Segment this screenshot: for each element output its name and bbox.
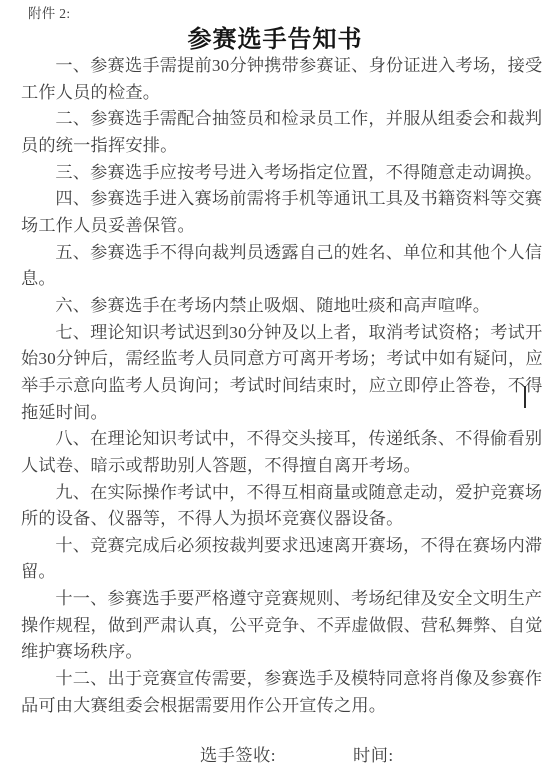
text-line: 三、参赛选手应按考号进入考场指定位置，不得随意走动调换。	[21, 160, 550, 187]
text-line: 九、在实际操作考试中，不得互相商量或随意走动，爱护竞赛场	[21, 480, 550, 507]
text-line: 拖延时间。	[21, 400, 550, 427]
text-line: 十一、参赛选手要严格遵守竞赛规则、考场纪律及安全文明生产	[21, 586, 550, 613]
text-line: 人试卷、暗示或帮助别人答题，不得擅自离开考场。	[21, 453, 550, 480]
text-line: 操作规程，做到严肃认真，公平竞争、不弄虚做假、营私舞弊、自觉	[21, 613, 550, 640]
text-line: 所的设备、仪器等，不得人为损坏竞赛仪器设备。	[21, 506, 550, 533]
paragraph: 一、参赛选手需提前30分钟携带参赛证、身份证进入考场，接受工作人员的检查。	[21, 53, 550, 106]
paragraph: 八、在理论知识考试中，不得交头接耳，传递纸条、不得偷看别人试卷、暗示或帮助别人答…	[21, 426, 550, 479]
signature-receipt-label: 选手签收:	[200, 741, 276, 766]
text-cursor	[524, 386, 526, 408]
text-line: 品可由大赛组委会根据需要用作公开宣传之用。	[21, 693, 550, 720]
text-line: 举手示意向监考人员询问；考试时间结束时，应立即停止答卷，不得	[21, 373, 550, 400]
document-title: 参赛选手告知书	[0, 19, 550, 54]
text-line: 始30分钟后，需经监考人员同意方可离开考场；考试中如有疑问，应	[21, 346, 550, 373]
paragraph: 二、参赛选手需配合抽签员和检录员工作，并服从组委会和裁判员的统一指挥安排。	[21, 106, 550, 159]
text-line: 十二、出于竞赛宣传需要，参赛选手及模特同意将肖像及参赛作	[21, 666, 550, 693]
paragraph: 四、参赛选手进入赛场前需将手机等通讯工具及书籍资料等交赛场工作人员妥善保管。	[21, 186, 550, 239]
text-line: 八、在理论知识考试中，不得交头接耳，传递纸条、不得偷看别	[21, 426, 550, 453]
document-body: 一、参赛选手需提前30分钟携带参赛证、身份证进入考场，接受工作人员的检查。二、参…	[21, 53, 550, 719]
text-line: 四、参赛选手进入赛场前需将手机等通讯工具及书籍资料等交赛	[21, 186, 550, 213]
text-line: 一、参赛选手需提前30分钟携带参赛证、身份证进入考场，接受	[21, 53, 550, 80]
text-line: 六、参赛选手在考场内禁止吸烟、随地吐痰和高声喧哗。	[21, 293, 550, 320]
text-line: 场工作人员妥善保管。	[21, 213, 550, 240]
text-line: 十、竞赛完成后必须按裁判要求迅速离开赛场，不得在赛场内滞	[21, 533, 550, 560]
text-line: 二、参赛选手需配合抽签员和检录员工作，并服从组委会和裁判	[21, 106, 550, 133]
signature-time-label: 时间:	[353, 741, 394, 766]
paragraph: 九、在实际操作考试中，不得互相商量或随意走动，爱护竞赛场所的设备、仪器等，不得人…	[21, 480, 550, 533]
paragraph: 十二、出于竞赛宣传需要，参赛选手及模特同意将肖像及参赛作品可由大赛组委会根据需要…	[21, 666, 550, 719]
text-line: 息。	[21, 266, 550, 293]
paragraph: 七、理论知识考试迟到30分钟及以上者，取消考试资格；考试开始30分钟后，需经监考…	[21, 320, 550, 427]
text-line: 工作人员的检查。	[21, 80, 550, 107]
text-line: 七、理论知识考试迟到30分钟及以上者，取消考试资格；考试开	[21, 320, 550, 347]
text-line: 留。	[21, 559, 550, 586]
text-line: 员的统一指挥安排。	[21, 133, 550, 160]
text-line: 五、参赛选手不得向裁判员透露自己的姓名、单位和其他个人信	[21, 240, 550, 267]
paragraph: 五、参赛选手不得向裁判员透露自己的姓名、单位和其他个人信息。	[21, 240, 550, 293]
paragraph: 十、竞赛完成后必须按裁判要求迅速离开赛场，不得在赛场内滞留。	[21, 533, 550, 586]
paragraph: 十一、参赛选手要严格遵守竞赛规则、考场纪律及安全文明生产操作规程，做到严肃认真，…	[21, 586, 550, 666]
paragraph: 六、参赛选手在考场内禁止吸烟、随地吐痰和高声喧哗。	[21, 293, 550, 320]
paragraph: 三、参赛选手应按考号进入考场指定位置，不得随意走动调换。	[21, 160, 550, 187]
document-page: 附件 2: 参赛选手告知书 一、参赛选手需提前30分钟携带参赛证、身份证进入考场…	[0, 0, 550, 768]
text-line: 维护赛场秩序。	[21, 639, 550, 666]
